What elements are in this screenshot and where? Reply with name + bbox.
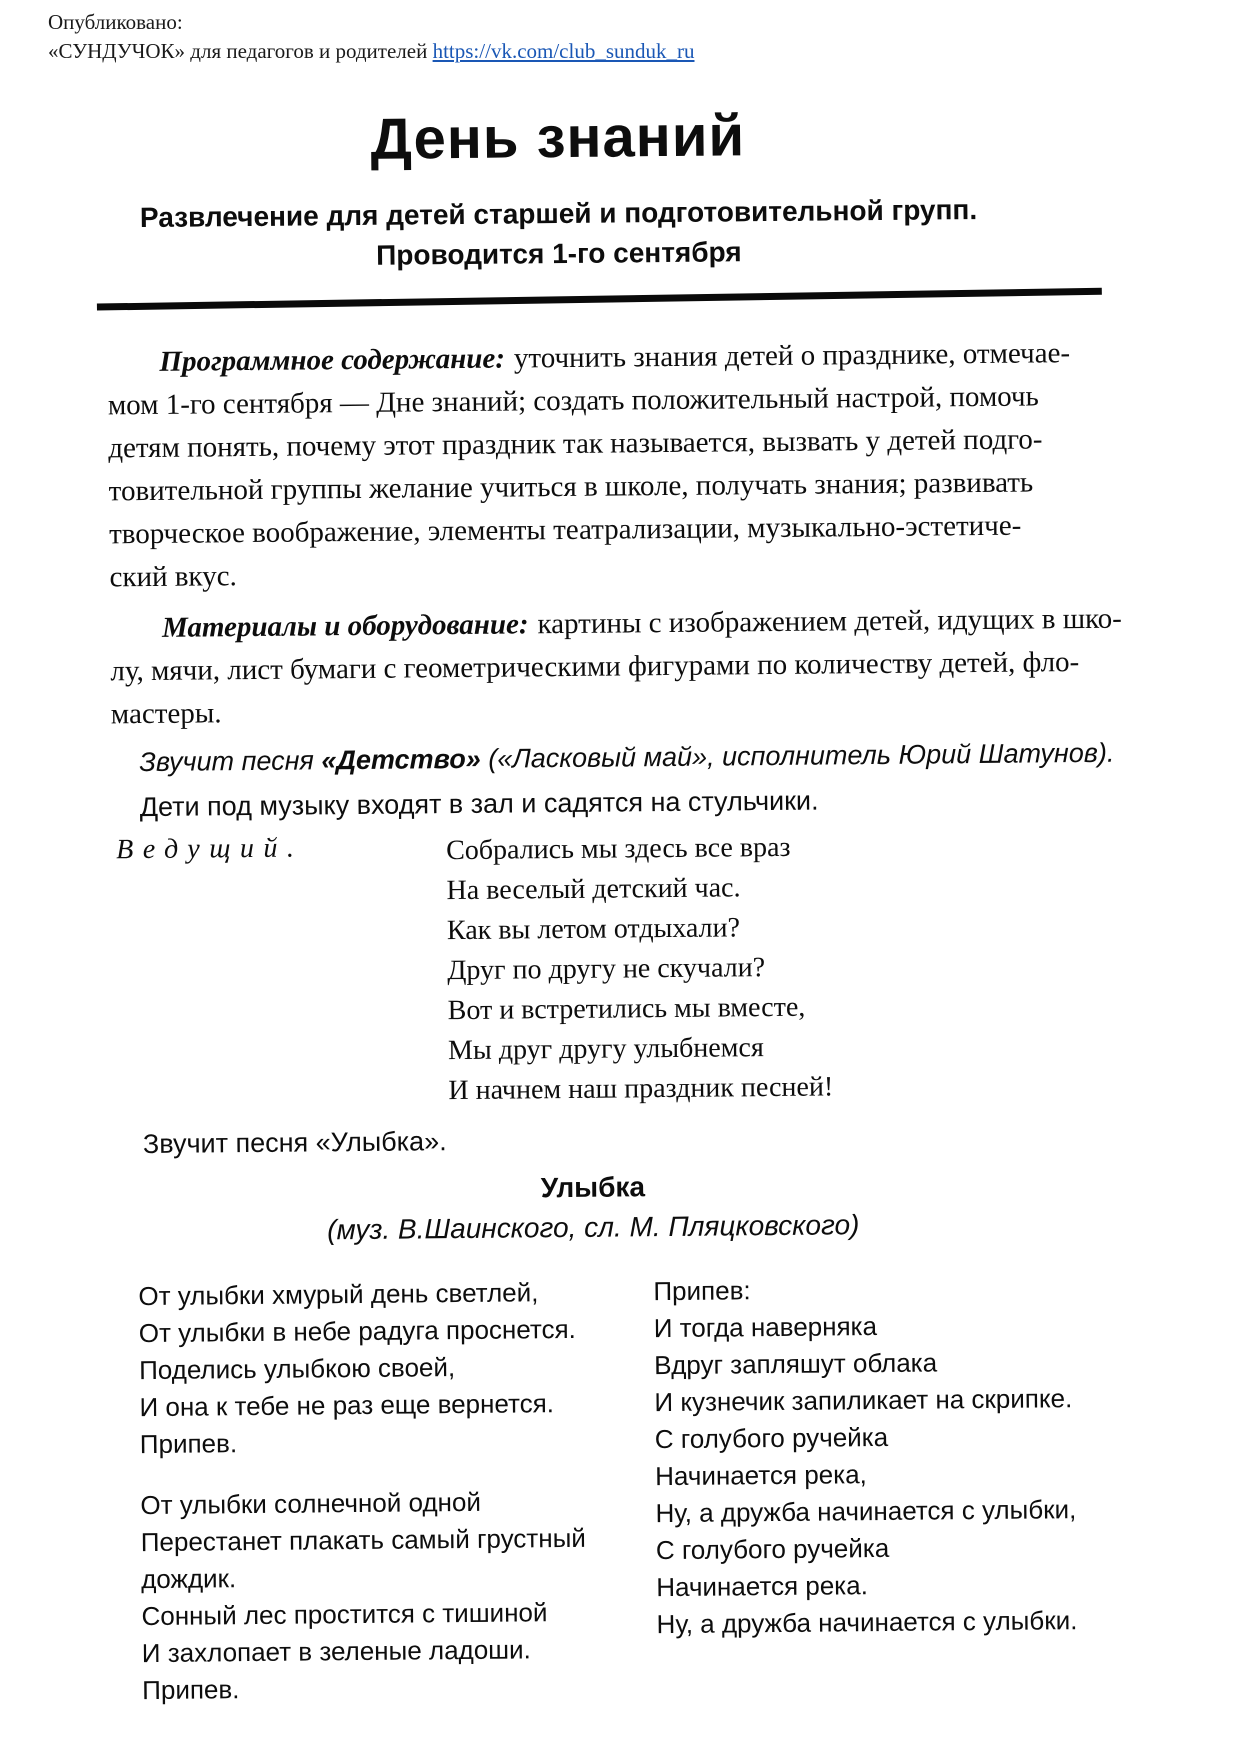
- publisher-line: «СУНДУЧОК» для педагогов и родителей htt…: [48, 37, 1200, 66]
- song-name-emphasis: «Детство»: [321, 744, 481, 776]
- materials-heading: Материалы и оборудование:: [162, 608, 529, 644]
- song-credits: (муз. В.Шаинского, сл. М. Пляцковского): [116, 1203, 1071, 1252]
- stage-direction: Звучит песня «Детство» («Ласковый май», …: [139, 731, 1127, 830]
- song-header: Улыбка (муз. В.Шаинского, сл. М. Пляцков…: [115, 1163, 1131, 1253]
- publication-header: Опубликовано: «СУНДУЧОК» для педагогов и…: [0, 0, 1240, 66]
- stage-direction-line-2: Дети под музыку входят в зал и садятся н…: [140, 776, 1127, 830]
- stage-direction-line-1: Звучит песня «Детство» («Ласковый май», …: [139, 731, 1126, 785]
- page-title: День знаний: [105, 98, 1011, 179]
- lyrics-chorus: Припев: И тогда наверняка Вдруг запляшут…: [653, 1269, 1135, 1644]
- song-cue: Звучит песня «Улыбка».: [143, 1117, 1130, 1162]
- vk-link[interactable]: https://vk.com/club_sunduk_ru: [433, 39, 695, 63]
- document-body: День знаний Развлечение для детей старше…: [105, 97, 1135, 1710]
- scanned-document-page: Опубликовано: «СУНДУЧОК» для педагогов и…: [0, 0, 1240, 1754]
- stage-cue-suffix: («Ласковый май», исполнитель Юрий Шатуно…: [481, 738, 1115, 774]
- publisher-text: «СУНДУЧОК» для педагогов и родителей: [48, 39, 433, 63]
- title-block: День знаний Развлечение для детей старше…: [105, 97, 1122, 279]
- host-speech-block: Ведущий. Собрались мы здесь все враз На …: [112, 825, 1130, 1115]
- section-divider: [97, 288, 1102, 311]
- song-lyrics: От улыбки хмурый день светлей, От улыбки…: [116, 1269, 1135, 1710]
- stage-cue-prefix: Звучит песня: [139, 745, 321, 777]
- host-poem: Собрались мы здесь все враз На веселый д…: [446, 827, 833, 1111]
- program-content-heading: Программное содержание:: [159, 343, 505, 378]
- lyrics-right-column: Припев: И тогда наверняка Вдруг запляшут…: [653, 1269, 1135, 1705]
- lyrics-verse-2: От улыбки солнечной одной Перестанет пла…: [140, 1482, 657, 1709]
- published-label: Опубликовано:: [48, 8, 1200, 37]
- lyrics-verse-1: От улыбки хмурый день светлей, От улыбки…: [138, 1273, 655, 1463]
- lyrics-left-column: От улыбки хмурый день светлей, От улыбки…: [138, 1273, 657, 1709]
- speaker-label: Ведущий.: [112, 831, 449, 1114]
- materials-paragraph: Материалы и оборудование:картины с изобр…: [110, 598, 1126, 737]
- program-content-paragraph: Программное содержание:уточнить знания д…: [107, 332, 1124, 600]
